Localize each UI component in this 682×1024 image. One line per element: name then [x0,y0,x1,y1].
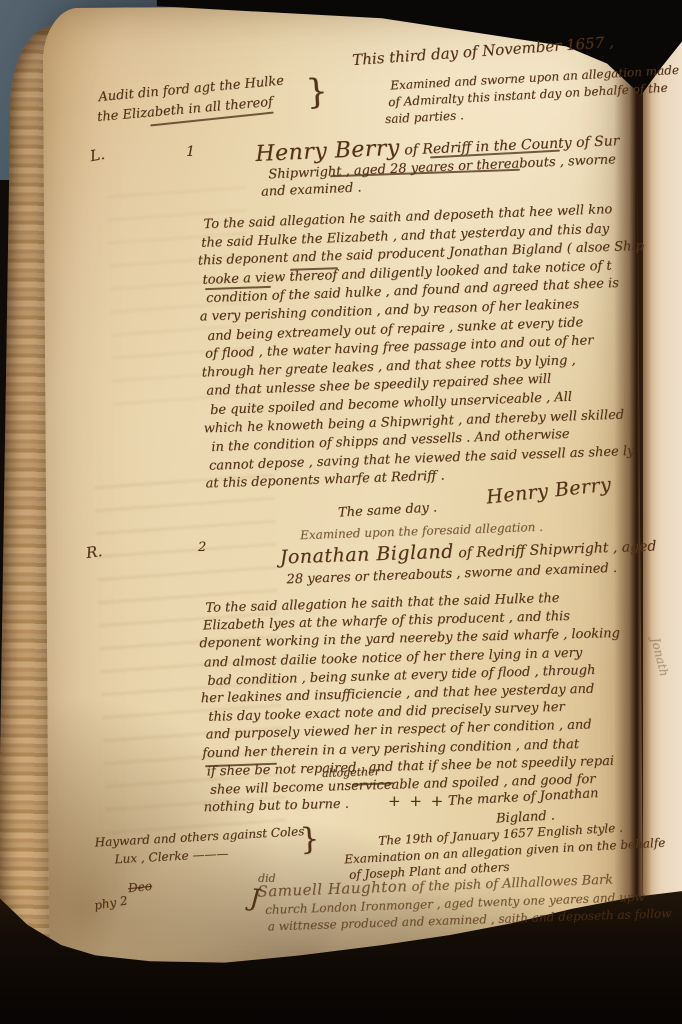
scribble-struck-word: Deo [127,879,152,895]
dep1-marginal-paraph: L. [89,145,107,165]
dep2-marginal-number: 2 [198,540,206,555]
dep2-deponent-name: Jonathan Bigland [279,541,454,569]
margin-brace-bottom: } [299,822,320,858]
dep2-marginal-paraph: R. [85,542,103,562]
dep2-heading-rest: of Redriff Shipwright , aged [454,538,657,561]
manuscript-photo: This third day of November 1657 , Examin… [0,0,682,1024]
dep2-interlinear-insertion: altogether [322,765,380,780]
dep1-marginal-number: 1 [186,144,195,160]
witness-mark-crosses: + + + [388,792,445,810]
margin-brace-top: } [305,71,329,112]
dep1-body: To the said allegation he saith and depo… [200,200,656,494]
dep2-body: To the said allegation he saith that the… [202,589,628,818]
